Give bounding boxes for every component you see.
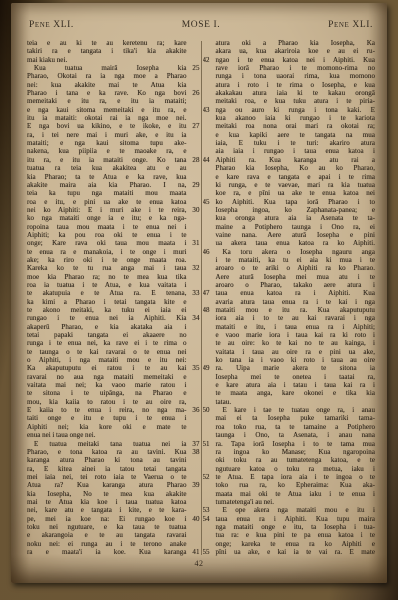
verse-line: Iosepha ingoa, ko Zaphanata-panea; e <box>203 206 376 214</box>
verse-number: 40 <box>187 515 200 523</box>
verse-text: E tuatua meitaki tana tuatua nei ia <box>27 440 187 448</box>
verse-number <box>203 47 216 55</box>
verse-text: Iosepha mei te onetea i taatai ra, <box>216 373 376 381</box>
running-head: MOSE I. Pene XLI. Pene XLI. <box>29 20 373 32</box>
verse-text: oki toku ra au tumatetenga katoa, e te <box>216 456 376 464</box>
verse-text: ki runga, e te vaevae, mari ra kia tuatu… <box>216 181 376 189</box>
verse-text: te maata anga, kare okonei e tika kia <box>216 389 376 397</box>
verse-line: akara ua, kua akariroia koe e au ei ru- <box>203 47 376 55</box>
verse-line: te akono meitaki, ka tuku ei iaia ei <box>27 306 200 314</box>
verse-line: oki toku ra au tumatetenga katoa, e te <box>203 456 376 464</box>
verse-text: pe, mei ia koe na: Ei rungao koe i <box>27 515 187 523</box>
verse-text: aroaro o Pharao, takako aere atura i <box>216 281 376 289</box>
verse-text: mataiti mou e itu ra. Kua akaputuputu <box>216 306 376 314</box>
verse-number <box>203 398 216 406</box>
verse-line: ka kimi a Pharao i tetai tangata kite e <box>27 298 200 306</box>
verse-text: mai te Atua kia koe i taua tuatua katoa <box>27 498 187 506</box>
verse-number <box>187 473 200 481</box>
verse-text: akakakau atura iaia ki te kakau orongā <box>216 89 376 97</box>
verse-line: e kua kapiki aere te tangata na mua <box>203 131 376 139</box>
verse-number <box>203 356 216 364</box>
verse-text: tua ra: e kua pini te pa enua katoa i te <box>216 531 376 539</box>
verse-text: e vaoo marie iora i taua kai ra ki roto … <box>216 331 376 339</box>
verse-text: ra e maata'i ia koe. Kua karanga <box>27 548 187 556</box>
verse-line: akakite maira aia kia Pharao. I na,29 <box>27 181 200 189</box>
verse-line: ngutuare katoa o toku ra metua, iaku i <box>203 465 376 473</box>
verse-line: rave iorā Pharao i te momono-rima no <box>203 64 376 72</box>
page-number: 42 <box>11 559 387 568</box>
verse-line: memeitaki e itu ra, e itu ia mataiti; <box>27 97 200 105</box>
verse-line: roa e itu, e pini ua ake te enua katoa <box>27 198 200 206</box>
verse-text: taua enua ra i Aiphiti. Kua tupu maira <box>216 515 376 523</box>
column-divider-rule <box>201 41 202 555</box>
verse-line: ra, i tei nere mai i muri ake, e itu ia <box>27 131 200 139</box>
verse-line: E nga bovi ua kikino, e te ikoke, e itu2… <box>27 122 200 130</box>
verse-text: E kare i tae te tuatau onge ra, i anau <box>216 406 376 414</box>
running-head-book-title: MOSE I. <box>29 20 373 30</box>
verse-text: nei: kua akakite mai te Atua kia <box>27 81 187 89</box>
verse-number: 49 <box>203 364 216 372</box>
verse-line: itu ia mataiti: okotai rai ia nga moe ne… <box>27 114 200 122</box>
verse-text: ra ingoa ko Manase; Kua ngaropoina <box>216 448 376 456</box>
verse-text: Iosepha ingoa, ko Zaphanata-panea; e <box>216 206 376 214</box>
verse-text: vaine nana. Aere aturā Iosepha e pini <box>216 231 376 239</box>
verse-text: akara ua, kua akariroia koe e au ei ru- <box>216 47 376 55</box>
verse-text: ngao i te enua katoa nei i Aiphiti. Kua <box>216 56 376 64</box>
verse-number <box>203 181 216 189</box>
verse-number: 38 <box>187 448 200 456</box>
verse-number <box>187 398 200 406</box>
verse-line: mai te Atua kia koe i taua tuatua katoa <box>27 498 200 506</box>
verse-number <box>203 323 216 331</box>
verse-line: ravarai no aua nga mataiti memeitaki e <box>27 373 200 381</box>
verse-text: meitaki roa nona orai mari ra okotai ra; <box>216 122 376 130</box>
verse-text: nga ou auro ki runga i tona kaki. E <box>216 106 376 114</box>
left-text-column: teia e au ki te au keretenu ra; karetaki… <box>27 39 200 559</box>
verse-text: moe kia Pharao ra; no te mea kua tika <box>27 273 187 281</box>
verse-number <box>203 131 216 139</box>
verse-text: mai ei ta Iosepha puke tamariki tama- <box>216 414 376 422</box>
verse-text: ko tana ia i vaoo ki roto i taua au oire <box>216 356 376 364</box>
verse-line: roa ia tuatua i te Atua, e kua vaitata i <box>27 281 200 289</box>
verse-number <box>203 214 216 222</box>
verse-text: nga mataiti onge e itu, ta Iosepha i tua… <box>216 523 376 531</box>
verse-number: 39 <box>187 481 200 489</box>
verse-line: te au oire: ko te kai no te au kainga, i <box>203 339 376 347</box>
verse-text: runga i tona uaorai rima, kua momono <box>216 72 376 80</box>
verse-text: atura i roto i te rima o Iosepha, e kua <box>216 81 376 89</box>
verse-text: koe ra, e pīni ua ake te enua katoa nei <box>216 189 376 197</box>
verse-number <box>187 498 200 506</box>
verse-text: mou, kia kaiia to ratou i te au oire ra, <box>27 398 187 406</box>
verse-number <box>187 164 200 172</box>
verse-number <box>187 39 200 47</box>
verse-line: maine a Potiphero taunga i Ono ra, ei <box>203 223 376 231</box>
verse-number <box>203 331 216 339</box>
verse-text: ropoina taua mou maata i te enua nei i <box>27 223 187 231</box>
verse-line: ua akera taua enua katoa ra ko Aiphiti. <box>203 239 376 247</box>
verse-line: Pharao, Okotai ra ia nga moe a Pharao <box>27 72 200 80</box>
verse-text: akakite maira aia kia Pharao. I na, <box>27 181 187 189</box>
verse-text: mataiti e itu, i taua enua ra i Aiphiti; <box>216 323 376 331</box>
verse-number <box>203 39 216 47</box>
verse-line: te enua ra e manakoia, i te onge i muri <box>27 248 200 256</box>
verse-text: roa e itu, e pini ua ake te enua katoa <box>27 198 187 206</box>
verse-line: vaitata i taua au oire ra e pini ua ake, <box>203 348 376 356</box>
verse-line: takiri ra e tangata i tika'i kia akakite <box>27 47 200 55</box>
verse-line: itu ra, e itu ia mataiti onge. Ko tana28 <box>27 156 200 164</box>
verse-number <box>187 331 200 339</box>
verse-line: kia Iosepha, No te mea kua akakite <box>27 490 200 498</box>
verse-number <box>187 214 200 222</box>
verse-number: 48 <box>203 306 216 314</box>
verse-line: nei ko Aiphiti: E i muri ake i te reira,… <box>27 206 200 214</box>
verse-number <box>203 64 216 72</box>
verse-number <box>203 164 216 172</box>
verse-number <box>187 97 200 105</box>
verse-number <box>203 448 216 456</box>
verse-number <box>203 540 216 548</box>
verse-line: avaria atura taua enua ra i te kai i nga <box>203 298 376 306</box>
verse-text: runga i te enua nei, ka rave ei i te rim… <box>27 339 187 347</box>
verse-number <box>187 256 200 264</box>
verse-number <box>203 339 216 347</box>
verse-line: Iosepha mei te onetea i taatai ra, <box>203 373 376 381</box>
verse-text: E nga bovi ua kikino, e te ikoke, e itu <box>27 122 187 130</box>
verse-line: e vaoo marie iora i taua kai ra ki roto … <box>203 331 376 339</box>
verse-number <box>187 47 200 55</box>
verse-text: takiri ra e tangata i tika'i kia akakite <box>27 47 187 55</box>
verse-line: 43nga ou auro ki runga i tona kaki. E <box>203 106 376 114</box>
verse-text: ka kimi a Pharao i tetai tangata kite e <box>27 298 187 306</box>
verse-number <box>203 456 216 464</box>
verse-number <box>203 256 216 264</box>
verse-line: tumatetenga'i au nei. <box>203 498 376 506</box>
verse-number <box>203 314 216 322</box>
verse-line: ropoina taua mou maata i te enua nei i <box>27 223 200 231</box>
verse-text: taunga i Ono, ta Asenata, i anau nana <box>216 431 376 439</box>
verse-number <box>187 540 200 548</box>
verse-text: rungao i te enua nei ia Aiphiti. Kia <box>27 314 187 322</box>
verse-text: te akono meitaki, ka tuku ei iaia ei <box>27 306 187 314</box>
verse-number <box>187 106 200 114</box>
verse-line: ko tana ia i vaoo ki roto i taua au oire <box>203 356 376 364</box>
verse-line: e kare atura aia i tatau i taua kai ra i <box>203 381 376 389</box>
verse-line: mataiti e itu, i taua enua ra i Aiphiti; <box>203 323 376 331</box>
verse-text: ra. Uipa marie akera te sitona ia <box>216 364 376 372</box>
verse-text: te akatupuia e te Atua ra. E tenana, <box>27 289 187 297</box>
verse-text: onge; kareka te enua ra ko Aiphiti e <box>216 540 376 548</box>
verse-number <box>187 490 200 498</box>
verse-number: 54 <box>203 515 216 523</box>
verse-number <box>203 173 216 181</box>
verse-text: ra. Tapa iorā Iosepha i to te tama mua <box>216 440 376 448</box>
verse-number <box>187 381 200 389</box>
book-page: MOSE I. Pene XLI. Pene XLI. teia e au ki… <box>11 3 387 583</box>
verse-line: atura i roto i te rima o Iosepha, e kua <box>203 81 376 89</box>
verse-text: Kua tuatua mairā Iosepha kia <box>27 64 187 72</box>
verse-number: 35 <box>187 364 200 372</box>
verse-text: i te mataiti, ka tu ei aia ki mua i te <box>216 256 376 264</box>
verse-line: 53E ope akera nga mataiti mou e itu i <box>203 506 376 514</box>
verse-line: i te mataiti, ka tu ei aia ki mua i te <box>203 256 376 264</box>
verse-line: toko rua ra, ko Epheraima: Kua aka- <box>203 481 376 489</box>
verse-number <box>187 147 200 155</box>
verse-number <box>203 81 216 89</box>
verse-number <box>187 198 200 206</box>
verse-text: onge; Kare rava oki taua mou maata i <box>27 239 187 247</box>
verse-number <box>203 414 216 422</box>
verse-line: enua nei i taua onge nei. <box>27 431 200 439</box>
verse-line: iaia, E tuku i te turi: akariro atura <box>203 139 376 147</box>
verse-text: o Aiphiti, i nga mataiti mou e itu nei: <box>27 356 187 364</box>
verse-line: vaitata mai nei; ka vaoo marie ratou i <box>27 381 200 389</box>
verse-text: ngutuare katoa o toku ra metua, iaku i <box>216 465 376 473</box>
verse-text: maine a Potiphero taunga i Ono ra, ei <box>216 223 376 231</box>
verse-number: 52 <box>203 473 216 481</box>
verse-number: 45 <box>203 198 216 206</box>
verse-line: te maata anga, kare okonei e tika kia <box>203 389 376 397</box>
verse-line: onge; kareka te enua ra ko Aiphiti e <box>203 540 376 548</box>
verse-number <box>203 264 216 272</box>
verse-number <box>187 356 200 364</box>
verse-text: te au oire: ko te kai no te au kainga, i <box>216 339 376 347</box>
verse-line: akaperū Pharao, e kia akataka aia i <box>27 323 200 331</box>
verse-text: e akarangoia e te au tangata ravarai <box>27 531 187 539</box>
verse-line: 52te Atua. E tapa iora aia i te ingoa o … <box>203 473 376 481</box>
verse-text: roa toko rua, ta te tamaine a Potiphero <box>216 423 376 431</box>
verse-line: 47taua enua katoa ra i Aiphiti. Kua <box>203 289 376 297</box>
verse-text: iora aia i to te au kai ravarai i nga <box>216 314 376 322</box>
verse-text: ake; ka riro oki i te onge maata roa. <box>27 256 187 264</box>
verse-text: teia ka tupu nga mataiti mou maata <box>27 189 187 197</box>
verse-line: vaine nana. Aere aturā Iosepha e pini <box>203 231 376 239</box>
verse-text: roa ia tuatua i te Atua, e kua vaitata i <box>27 281 187 289</box>
verse-text: mei iaia nei, tei roto iaia te Vaerua o … <box>27 473 187 481</box>
verse-line: onge; Kare rava oki taua mou maata i31 <box>27 239 200 247</box>
verse-line: mei iaia nei, tei roto iaia te Vaerua o … <box>27 473 200 481</box>
verse-line: ra e maata'i ia koe. Kua karanga41 <box>27 548 200 556</box>
verse-number <box>203 89 216 97</box>
verse-text: kua akanoo iaia ki rungao i te kariota <box>216 114 376 122</box>
verse-number <box>203 72 216 80</box>
verse-text: e kua kapiki aere te tangata na mua <box>216 131 376 139</box>
verse-line: runga i te enua nei, ka rave ei i te rim… <box>27 339 200 347</box>
verse-text: karanga atura Pharao ki tona au tavini <box>27 456 187 464</box>
verse-number <box>187 465 200 473</box>
verse-line: kua oronga atura aia ia Asenata te ta- <box>203 214 376 222</box>
verse-text: taua enua katoa ra i Aiphiti. Kua <box>216 289 376 297</box>
verse-number <box>203 273 216 281</box>
verse-number <box>203 97 216 105</box>
verse-line: moe kia Pharao ra; no te mea kua tika <box>27 273 200 281</box>
verse-text: Aere aturā Iosepha mei mua atu i te <box>216 273 376 281</box>
verse-text: te taunga o te kai ravarai o te enua nei <box>27 348 187 356</box>
verse-line: ra ingoa ko Manase; Kua ngaropoina <box>203 448 376 456</box>
verse-line: 44Aiphiti ra. Kua karanga atu rai a <box>203 156 376 164</box>
verse-text: e nga kaui sitoma memeitaki e itu ra, e <box>27 106 187 114</box>
verse-number <box>187 114 200 122</box>
verse-line: Pharao kia Iosepha, Ko au ko Pharao, <box>203 164 376 172</box>
verse-number: 46 <box>203 248 216 256</box>
verse-line: karanga atura Pharao ki tona au tavini <box>27 456 200 464</box>
verse-text: aia iaia i rungao i taua enua katoa i <box>216 147 376 155</box>
verse-line: 46Ka toru akera o Iosepha ngauru anga <box>203 248 376 256</box>
verse-number <box>187 523 200 531</box>
verse-number: 26 <box>187 89 200 97</box>
verse-text: mataiti; e nga kaui sitoma tupu ake- <box>27 139 187 147</box>
verse-line: e akarangoia e te au tangata ravarai <box>27 531 200 539</box>
verse-text: kia Pharao; ta te Atua e ka rave, kua <box>27 173 187 181</box>
verse-line: Aiphiti nei; kia kore oki e mate te <box>27 423 200 431</box>
verse-line: Aiphiti; ka pou roa oki te enua i te <box>27 231 200 239</box>
verse-number <box>203 498 216 506</box>
verse-line: pe, mei ia koe na: Ei rungao koe i40 <box>27 515 200 523</box>
verse-number <box>203 423 216 431</box>
verse-text: E ope akera nga mataiti mou e itu i <box>216 506 376 514</box>
verse-text: nei, kare atu e tangata i kite, e te kar… <box>27 506 187 514</box>
verse-text: te Atua. E tapa iora aia i te ingoa o te <box>216 473 376 481</box>
verse-line: iora aia i to te au kai ravarai i nga <box>203 314 376 322</box>
verse-text: ko nga mataiti onge ia e itu; e ka nga- <box>27 214 187 222</box>
verse-number <box>203 122 216 130</box>
verse-number <box>203 223 216 231</box>
verse-text: atura oki a Pharao kia Iosepha, Ka <box>216 39 376 47</box>
verse-number <box>187 348 200 356</box>
verse-text: akaperū Pharao, e kia akataka aia i <box>27 323 187 331</box>
verse-number <box>187 72 200 80</box>
verse-number <box>187 189 200 197</box>
verse-text: enua nei i taua onge nei. <box>27 431 187 439</box>
verse-text: aroaro o te ariki o Aiphiti ra ko Pharao… <box>216 264 376 272</box>
verse-number: 53 <box>203 506 216 514</box>
verse-line: ake; ka riro oki i te onge maata roa. <box>27 256 200 264</box>
verse-line: 51ra. Tapa iorā Iosepha i to te tama mua <box>203 440 376 448</box>
verse-text: meitaki roa, e kua tuku atura i te piria… <box>216 97 376 105</box>
verse-number <box>203 139 216 147</box>
verse-line: e kare rava e tangata e apai i te rima <box>203 173 376 181</box>
verse-number: 42 <box>203 56 216 64</box>
verse-line: maata mai oki te Atua iaku i te enua i <box>203 490 376 498</box>
verse-number <box>203 298 216 306</box>
verse-line: ki runga, e te vaevae, mari ra kia tuatu… <box>203 181 376 189</box>
verse-text: vaitata mai nei; ka vaoo marie ratou i <box>27 381 187 389</box>
verse-number <box>203 481 216 489</box>
verse-number <box>203 381 216 389</box>
verse-line: nakena, kua piipiia e te maoake ra, e <box>27 147 200 155</box>
verse-line: nei: kua akakite mai te Atua kia <box>27 81 200 89</box>
text-columns: teia e au ki te au keretenu ra; karetaki… <box>27 39 375 559</box>
verse-number <box>187 414 200 422</box>
verse-text: ravarai no aua nga mataiti memeitaki e <box>27 373 187 381</box>
verse-text: Kareka ko te tu rua anga mai i taua <box>27 264 187 272</box>
verse-number: 37 <box>187 440 200 448</box>
verse-number: 47 <box>203 289 216 297</box>
verse-text: maata mai oki te Atua iaku i te enua i <box>216 490 376 498</box>
verse-number: 30 <box>187 206 200 214</box>
verse-number: 28 <box>187 156 200 164</box>
verse-line: Aere aturā Iosepha mei mua atu i te <box>203 273 376 281</box>
verse-line: E tuatua meitaki tana tuatua nei ia37 <box>27 440 200 448</box>
verse-text: Pharao kia Iosepha, Ko au ko Pharao, <box>216 164 376 172</box>
verse-number <box>203 281 216 289</box>
verse-text: vaitata i taua au oire ra e pini ua ake, <box>216 348 376 356</box>
verse-line: tua ra: e kua pini te pa enua katoa i te <box>203 531 376 539</box>
verse-number: 32 <box>187 264 200 272</box>
verse-number <box>187 248 200 256</box>
verse-text: Aiphiti ra. Kua karanga atu rai a <box>216 156 376 164</box>
verse-number <box>187 389 200 397</box>
verse-text: avaria atura taua enua ra i te kai i nga <box>216 298 376 306</box>
verse-line: 45ko Aiphiti. Kua tapa iorā Pharao i to <box>203 198 376 206</box>
verse-line: kua akanoo iaia ki rungao i te kariota <box>203 114 376 122</box>
verse-text: ko Aiphiti. Kua tapa iorā Pharao i to <box>216 198 376 206</box>
verse-line: Pharao, e tona katoa ra au tavini. Kua38 <box>27 448 200 456</box>
verse-line: tetai papaki tangata ei akaaere no <box>27 331 200 339</box>
verse-line: tatau. <box>203 398 376 406</box>
verse-number <box>187 231 200 239</box>
verse-number: 36 <box>187 406 200 414</box>
verse-number <box>187 431 200 439</box>
verse-line: atura oki a Pharao kia Iosepha, Ka <box>203 39 376 47</box>
verse-line: mai ei ta Iosepha puke tamariki tama- <box>203 414 376 422</box>
verse-text: iaia, E tuku i te turi: akariro atura <box>216 139 376 147</box>
verse-line: aia iaia i rungao i taua enua katoa i <box>203 147 376 155</box>
verse-number <box>203 465 216 473</box>
verse-line: taunga i Ono, ta Asenata, i anau nana <box>203 431 376 439</box>
verse-number: 51 <box>203 440 216 448</box>
verse-number <box>203 239 216 247</box>
verse-text: toko rua ra, ko Epheraima: Kua aka- <box>216 481 376 489</box>
verse-line: mai kiaku nei. <box>27 56 200 64</box>
verse-number: 55 <box>203 548 216 556</box>
verse-number <box>187 373 200 381</box>
verse-number <box>203 490 216 498</box>
verse-number <box>203 114 216 122</box>
verse-number: 31 <box>187 239 200 247</box>
verse-number <box>203 431 216 439</box>
verse-line: aroaro o Pharao, takako aere atura i <box>203 281 376 289</box>
verse-line: Ka akaputuputu ei ratou i te au kai35 <box>27 364 200 372</box>
verse-text: Ka akaputuputu ei ratou i te au kai <box>27 364 187 372</box>
verse-text: tetai papaki tangata ei akaaere no <box>27 331 187 339</box>
verse-number <box>187 531 200 539</box>
verse-line: Pharao i tana e ka rave. Ko nga bovi26 <box>27 89 200 97</box>
verse-line: kia Pharao; ta te Atua e ka rave, kua <box>27 173 200 181</box>
verse-line: rungao i te enua nei ia Aiphiti. Kia34 <box>27 314 200 322</box>
verse-number <box>203 389 216 397</box>
verse-number <box>187 506 200 514</box>
verse-line: 42ngao i te enua katoa nei i Aiphiti. Ku… <box>203 56 376 64</box>
verse-number: 29 <box>187 181 200 189</box>
verse-text: toku nei ngutuare, e ka taua te tuatua <box>27 523 187 531</box>
verse-text: teia e au ki te au keretenu ra; kare <box>27 39 187 47</box>
verse-text: E kaiia to te enua i reira, no nga ma- <box>27 406 187 414</box>
verse-text: pīni ua ake, e kai ia te vai ra. E mate <box>216 548 376 556</box>
verse-number <box>187 423 200 431</box>
verse-number <box>203 206 216 214</box>
verse-number <box>203 231 216 239</box>
verse-line: akakakau atura iaia ki te kakau orongā <box>203 89 376 97</box>
verse-line: toku nei ngutuare, e ka taua te tuatua <box>27 523 200 531</box>
verse-line: te taunga o te kai ravarai o te enua nei <box>27 348 200 356</box>
verse-line: mou, kia kaiia to ratou i te au oire ra, <box>27 398 200 406</box>
right-text-column: atura oki a Pharao kia Iosepha, Kaakara … <box>203 39 376 559</box>
verse-line: meitaki roa nona orai mari ra okotai ra; <box>203 122 376 130</box>
verse-line: teia e au ki te au keretenu ra; kare <box>27 39 200 47</box>
verse-line: 49ra. Uipa marie akera te sitona ia <box>203 364 376 372</box>
verse-line: te akatupuia e te Atua ra. E tenana,33 <box>27 289 200 297</box>
